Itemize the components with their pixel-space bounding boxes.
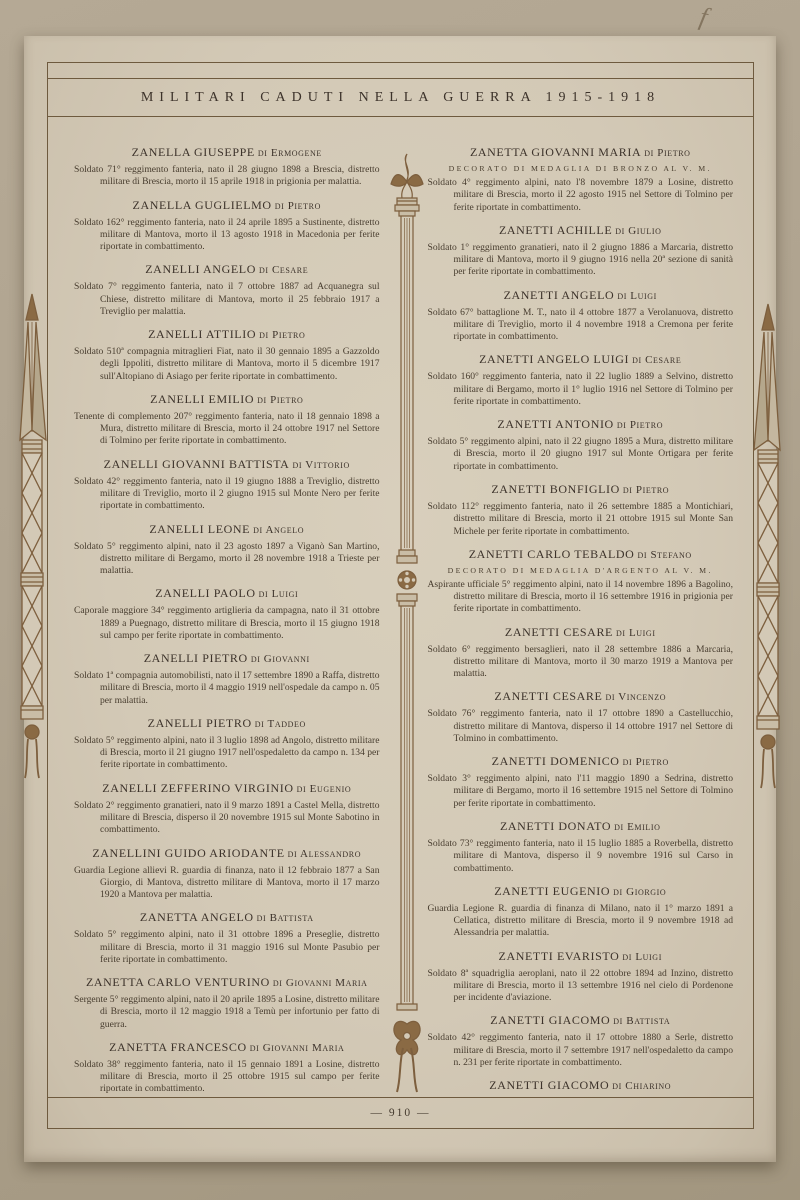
soldier-name: ZANETTI GIACOMO <box>489 1078 609 1092</box>
entry-body: Soldato 3° reggimento alpini, nato l'11 … <box>428 773 734 810</box>
soldier-name: ZANELLI ZEFFERINO VIRGINIO <box>102 781 293 795</box>
soldier-name: ZANETTA CARLO VENTURINO <box>86 975 270 989</box>
soldier-name: ZANELLI LEONE <box>149 522 250 536</box>
soldier-patronymic: di Giovanni Maria <box>250 1042 345 1054</box>
soldier-patronymic: di Giulio <box>615 225 661 237</box>
entry-body: Caporale maggiore 34° reggimento artigli… <box>74 605 380 642</box>
register-entry: ZANELLI PIETROdi Giovanni Soldato 1ª com… <box>74 651 380 707</box>
register-entry: ZANELLI PIETROdi Taddeo Soldato 5° reggi… <box>74 716 380 772</box>
soldier-patronymic: di Cesare <box>632 354 681 366</box>
entry-header: ZANETTA GIOVANNI MARIAdi Pietro <box>428 145 734 160</box>
register-entry: ZANELLA GUGLIELMOdi Pietro Soldato 162° … <box>74 198 380 254</box>
soldier-patronymic: di Luigi <box>259 588 299 600</box>
register-entry: ZANELLI PAOLOdi Luigi Caporale maggiore … <box>74 586 380 642</box>
soldier-patronymic: di Vittorio <box>292 459 349 471</box>
entry-header: ZANELLI ZEFFERINO VIRGINIOdi Eugenio <box>74 781 380 796</box>
soldier-patronymic: di Giovanni Maria <box>273 977 368 989</box>
register-entry: ZANETTA CARLO VENTURINOdi Giovanni Maria… <box>74 975 380 1031</box>
soldier-name: ZANETTI EVARISTO <box>499 949 620 963</box>
entry-header: ZANELLI LEONEdi Angelo <box>74 522 380 537</box>
soldier-patronymic: di Ermogene <box>258 147 322 159</box>
soldier-name: ZANETTI BONFIGLIO <box>491 482 620 496</box>
soldier-patronymic: di Stefano <box>637 549 691 561</box>
register-entry: ZANETTI DOMENICOdi Pietro Soldato 3° reg… <box>428 754 734 810</box>
soldier-patronymic: di Eugenio <box>297 783 352 795</box>
register-entry: ZANETTI EUGENIOdi Giorgio Guardia Legion… <box>428 884 734 940</box>
entry-body: Aspirante ufficiale 5° reggimento alpini… <box>428 579 734 616</box>
register-entry: ZANETTI CARLO TEBALDOdi Stefano DECORATO… <box>428 547 734 616</box>
entry-body: Soldato 8ª squadriglia aeroplani, nato i… <box>428 968 734 1005</box>
register-entry: ZANELLI LEONEdi Angelo Soldato 5° reggim… <box>74 522 380 578</box>
register-entry: ZANETTI ANGELOdi Luigi Soldato 67° batta… <box>428 288 734 344</box>
entry-body: Tenente di complemento 207° reggimento f… <box>74 411 380 448</box>
entry-header: ZANELLI PIETROdi Giovanni <box>74 651 380 666</box>
decoration-line: DECORATO DI MEDAGLIA D'ARGENTO AL V. M. <box>428 566 734 575</box>
soldier-patronymic: di Cesare <box>259 264 308 276</box>
entry-header: ZANETTA CARLO VENTURINOdi Giovanni Maria <box>74 975 380 990</box>
register-entry: ZANETTI CESAREdi Luigi Soldato 6° reggim… <box>428 625 734 681</box>
entry-header: ZANETTI EUGENIOdi Giorgio <box>428 884 734 899</box>
soldier-name: ZANELLI EMILIO <box>150 392 254 406</box>
entry-header: ZANELLI EMILIOdi Pietro <box>74 392 380 407</box>
entry-body: Sergente 5° reggimento alpini, nato il 2… <box>74 994 380 1031</box>
register-entry: ZANETTI ANGELO LUIGIdi Cesare Soldato 16… <box>428 352 734 408</box>
soldier-patronymic: di Vincenzo <box>605 691 666 703</box>
entry-body: Soldato 71° reggimento fanteria, nato il… <box>74 164 380 189</box>
entry-header: ZANETTI ANTONIOdi Pietro <box>428 417 734 432</box>
entry-header: ZANETTA ANGELOdi Battista <box>74 910 380 925</box>
soldier-name: ZANETTI ANTONIO <box>497 417 613 431</box>
soldier-patronymic: di Alessandro <box>288 848 361 860</box>
book-photo-background: f MILITARI CADUTI NELLA GUERRA 1915-1918… <box>0 0 800 1200</box>
entry-body: Soldato 1° reggimento granatieri, nato i… <box>428 242 734 279</box>
entry-header: ZANETTI ANGELOdi Luigi <box>428 288 734 303</box>
soldier-patronymic: di Luigi <box>622 951 662 963</box>
soldier-patronymic: di Taddeo <box>255 718 306 730</box>
soldier-patronymic: di Pietro <box>644 147 690 159</box>
entry-header: ZANETTI BONFIGLIOdi Pietro <box>428 482 734 497</box>
page-sheet: f MILITARI CADUTI NELLA GUERRA 1915-1918… <box>24 36 776 1162</box>
soldier-name: ZANETTA ANGELO <box>140 910 254 924</box>
entry-header: ZANELLI ATTILIOdi Pietro <box>74 327 380 342</box>
soldier-name: ZANETTI DOMENICO <box>492 754 620 768</box>
soldier-name: ZANELLA GIUSEPPE <box>132 145 255 159</box>
soldier-name: ZANELLI PIETRO <box>144 651 248 665</box>
soldier-name: ZANETTI ANGELO LUIGI <box>479 352 629 366</box>
soldier-name: ZANETTI GIACOMO <box>490 1013 610 1027</box>
entry-body: Soldato 42° reggimento fanteria, nato il… <box>74 476 380 513</box>
entry-header: ZANELLI ANGELOdi Cesare <box>74 262 380 277</box>
entry-header: ZANETTI GIACOMOdi Battista <box>428 1013 734 1028</box>
entry-body: Soldato 160° reggimento fanteria, nato i… <box>428 371 734 408</box>
soldier-patronymic: di Giorgio <box>613 886 666 898</box>
soldier-name: ZANETTI ACHILLE <box>499 223 612 237</box>
register-entry: ZANETTI ANTONIOdi Pietro Soldato 5° regg… <box>428 417 734 473</box>
soldier-patronymic: di Pietro <box>259 329 305 341</box>
entry-body: Guardia Legione allievi R. guardia di fi… <box>74 865 380 902</box>
entry-header: ZANETTI GIACOMOdi Chiarino <box>428 1078 734 1093</box>
soldier-name: ZANETTI CARLO TEBALDO <box>469 547 635 561</box>
soldier-name: ZANETTA GIOVANNI MARIA <box>470 145 641 159</box>
title-band: MILITARI CADUTI NELLA GUERRA 1915-1918 <box>48 78 753 117</box>
page-title: MILITARI CADUTI NELLA GUERRA 1915-1918 <box>141 90 660 106</box>
soldier-patronymic: di Chiarino <box>612 1080 671 1092</box>
entry-body: Soldato 76° reggimento fanteria, nato il… <box>428 708 734 745</box>
soldier-patronymic: di Emilio <box>614 821 660 833</box>
entry-header: ZANELLA GIUSEPPEdi Ermogene <box>74 145 380 160</box>
entry-body: Soldato 38° reggimento fanteria, nato il… <box>74 1059 380 1096</box>
register-entry: ZANELLI ZEFFERINO VIRGINIOdi Eugenio Sol… <box>74 781 380 837</box>
entry-body: Soldato 510ª compagnia mitraglieri Fiat,… <box>74 346 380 383</box>
register-entry: ZANETTA FRANCESCOdi Giovanni Maria Solda… <box>74 1040 380 1096</box>
register-entry: ZANELLI ATTILIOdi Pietro Soldato 510ª co… <box>74 327 380 383</box>
soldier-name: ZANETTI CESARE <box>494 689 602 703</box>
soldier-patronymic: di Angelo <box>253 524 304 536</box>
soldier-patronymic: di Pietro <box>275 200 321 212</box>
register-entry: ZANELLI ANGELOdi Cesare Soldato 7° reggi… <box>74 262 380 318</box>
register-entry: ZANELLINI GUIDO ARIODANTEdi Alessandro G… <box>74 846 380 902</box>
register-entry: ZANETTI DONATOdi Emilio Soldato 73° regg… <box>428 819 734 875</box>
entry-header: ZANETTI DONATOdi Emilio <box>428 819 734 834</box>
page-number: — 910 — <box>48 1098 753 1128</box>
soldier-name: ZANELLA GUGLIELMO <box>133 198 272 212</box>
entry-body: Soldato 1ª compagnia automobilisti, nato… <box>74 670 380 707</box>
handwritten-mark: f <box>697 2 710 33</box>
entry-header: ZANETTI ACHILLEdi Giulio <box>428 223 734 238</box>
entry-header: ZANELLINI GUIDO ARIODANTEdi Alessandro <box>74 846 380 861</box>
register-entry: ZANETTI GIACOMOdi Battista Soldato 42° r… <box>428 1013 734 1069</box>
entry-body: Soldato 5° reggimento alpini, nato il 23… <box>74 541 380 578</box>
entry-header: ZANELLI PIETROdi Taddeo <box>74 716 380 731</box>
column-right: ZANETTA GIOVANNI MARIAdi Pietro DECORATO… <box>404 145 734 1097</box>
register-entry: ZANETTA GIOVANNI MARIAdi Pietro DECORATO… <box>428 145 734 214</box>
register-entry: ZANELLA GIUSEPPEdi Ermogene Soldato 71° … <box>74 145 380 189</box>
column-left: ZANELLA GIUSEPPEdi Ermogene Soldato 71° … <box>74 145 404 1097</box>
entry-body: Soldato 42° reggimento fanteria, nato il… <box>428 1032 734 1069</box>
soldier-name: ZANELLINI GUIDO ARIODANTE <box>92 846 284 860</box>
register-entry: ZANETTI BONFIGLIOdi Pietro Soldato 112° … <box>428 482 734 538</box>
entry-body: Soldato 7° reggimento fanteria, nato il … <box>74 281 380 318</box>
entry-body: Soldato 67° battaglione M. T., nato il 4… <box>428 307 734 344</box>
soldier-patronymic: di Pietro <box>257 394 303 406</box>
entry-header: ZANETTI EVARISTOdi Luigi <box>428 949 734 964</box>
entry-body: Soldato 162° reggimento fanteria, nato i… <box>74 217 380 254</box>
entry-header: ZANELLI PAOLOdi Luigi <box>74 586 380 601</box>
register-entry: ZANELLI GIOVANNI BATTISTAdi Vittorio Sol… <box>74 457 380 513</box>
soldier-name: ZANELLI ATTILIO <box>148 327 256 341</box>
soldier-patronymic: di Battista <box>613 1015 670 1027</box>
decoration-line: DECORATO DI MEDAGLIA DI BRONZO AL V. M. <box>428 164 734 173</box>
entry-body: Soldato 5° reggimento alpini, nato il 31… <box>74 929 380 966</box>
entry-body: Soldato 6° reggimento bersaglieri, nato … <box>428 644 734 681</box>
entry-body: Soldato 5° reggimento alpini, nato il 22… <box>428 436 734 473</box>
register-entry: ZANETTI GIACOMOdi Chiarino Soldato 56° r… <box>428 1078 734 1098</box>
soldier-name: ZANETTA FRANCESCO <box>109 1040 247 1054</box>
register-entry: ZANELLI EMILIOdi Pietro Tenente di compl… <box>74 392 380 448</box>
entry-header: ZANELLA GUGLIELMOdi Pietro <box>74 198 380 213</box>
soldier-patronymic: di Giovanni <box>251 653 310 665</box>
entry-header: ZANETTI CARLO TEBALDOdi Stefano <box>428 547 734 562</box>
entry-header: ZANETTI CESAREdi Luigi <box>428 625 734 640</box>
entry-header: ZANETTI DOMENICOdi Pietro <box>428 754 734 769</box>
soldier-name: ZANELLI ANGELO <box>145 262 256 276</box>
entry-body: Soldato 4° reggimento alpini, nato l'8 n… <box>428 177 734 214</box>
soldier-name: ZANETTI ANGELO <box>504 288 615 302</box>
soldier-name: ZANETTI EUGENIO <box>494 884 610 898</box>
entry-body: Guardia Legione R. guardia di finanza di… <box>428 903 734 940</box>
soldier-patronymic: di Luigi <box>616 627 656 639</box>
soldier-name: ZANETTI CESARE <box>505 625 613 639</box>
entry-body: Soldato 5° reggimento alpini, nato il 3 … <box>74 735 380 772</box>
register-entry: ZANETTI CESAREdi Vincenzo Soldato 76° re… <box>428 689 734 745</box>
soldier-patronymic: di Pietro <box>623 756 669 768</box>
entry-header: ZANETTI ANGELO LUIGIdi Cesare <box>428 352 734 367</box>
entry-body: Soldato 112° reggimento fanteria, nato i… <box>428 501 734 538</box>
register-entry: ZANETTA ANGELOdi Battista Soldato 5° reg… <box>74 910 380 966</box>
entry-header: ZANELLI GIOVANNI BATTISTAdi Vittorio <box>74 457 380 472</box>
soldier-name: ZANETTI DONATO <box>500 819 611 833</box>
soldier-patronymic: di Luigi <box>617 290 657 302</box>
register-entry: ZANETTI ACHILLEdi Giulio Soldato 1° regg… <box>428 223 734 279</box>
register-entry: ZANETTI EVARISTOdi Luigi Soldato 8ª squa… <box>428 949 734 1005</box>
soldier-name: ZANELLI PAOLO <box>155 586 255 600</box>
soldier-name: ZANELLI GIOVANNI BATTISTA <box>104 457 290 471</box>
entry-body: Soldato 73° reggimento fanteria, nato il… <box>428 838 734 875</box>
soldier-patronymic: di Battista <box>257 912 314 924</box>
soldier-name: ZANELLI PIETRO <box>148 716 252 730</box>
entry-header: ZANETTA FRANCESCOdi Giovanni Maria <box>74 1040 380 1055</box>
entry-body: Soldato 2° reggimento granatieri, nato i… <box>74 800 380 837</box>
page-frame: MILITARI CADUTI NELLA GUERRA 1915-1918 Z… <box>47 62 754 1129</box>
entry-header: ZANETTI CESAREdi Vincenzo <box>428 689 734 704</box>
soldier-patronymic: di Pietro <box>617 419 663 431</box>
soldier-patronymic: di Pietro <box>623 484 669 496</box>
register-content: ZANELLA GIUSEPPEdi Ermogene Soldato 71° … <box>48 117 753 1098</box>
